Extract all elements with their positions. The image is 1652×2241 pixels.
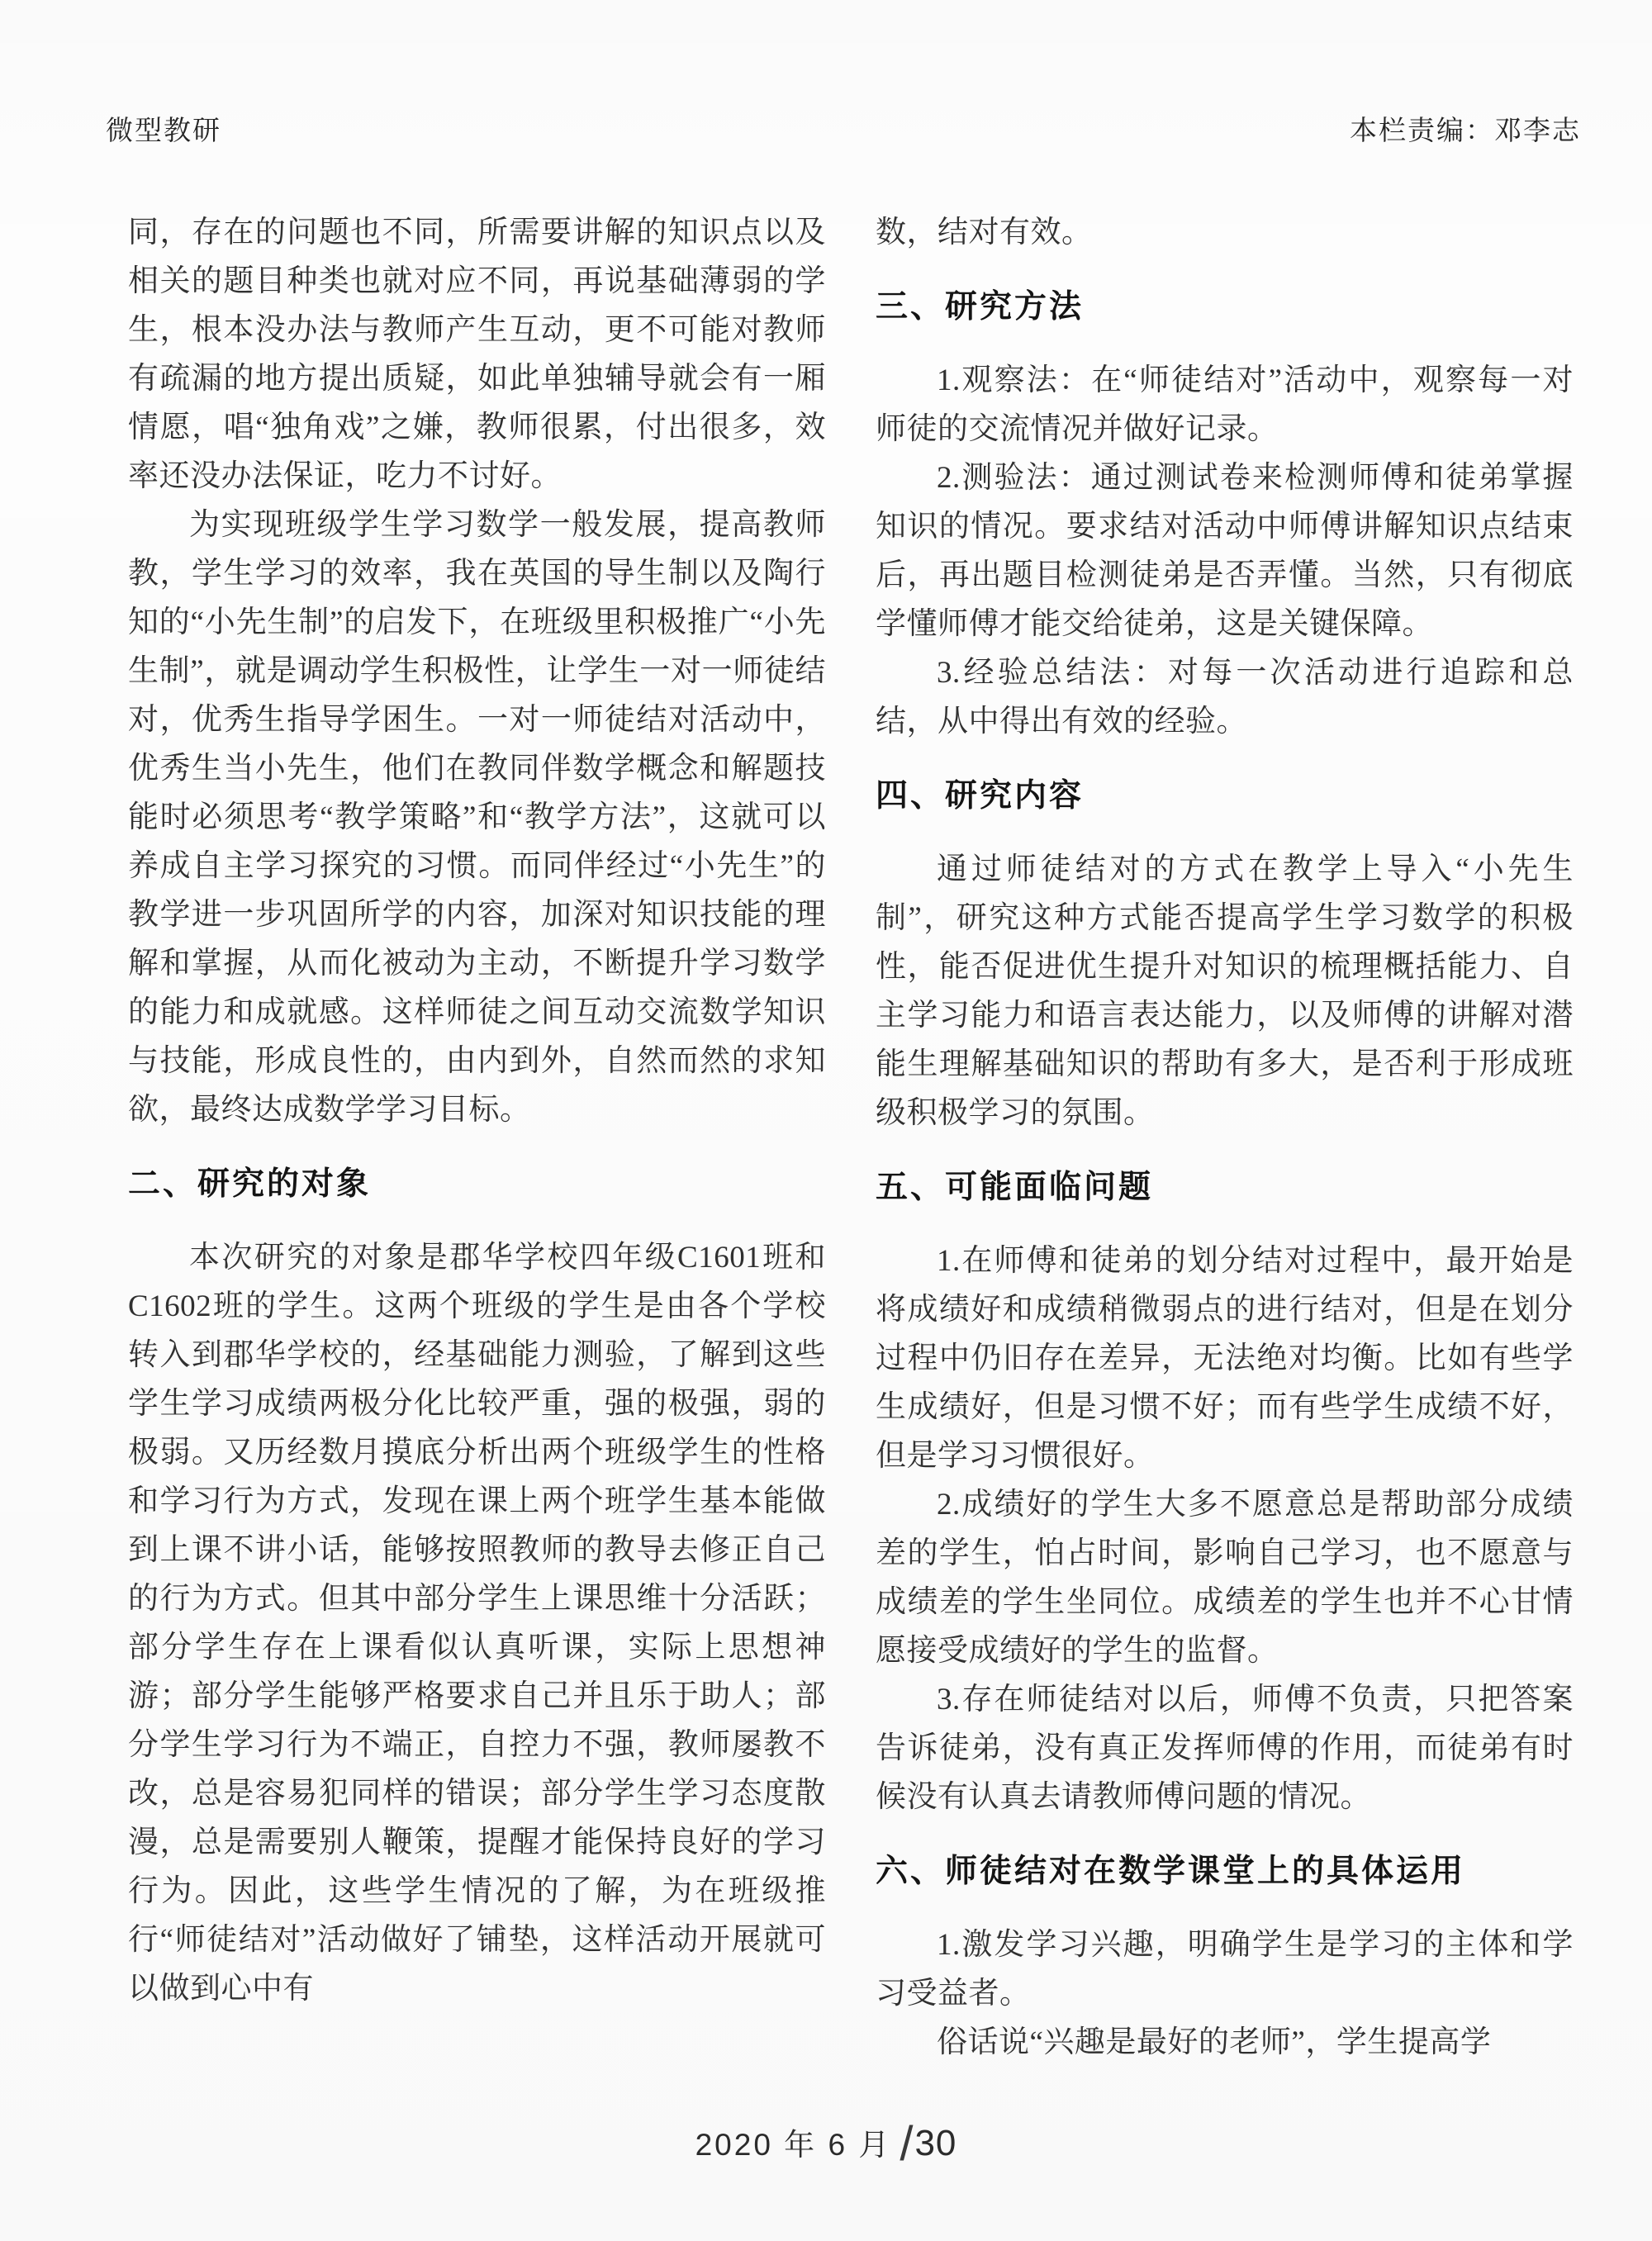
body-paragraph: 1.在师傅和徒弟的划分结对过程中，最开始是将成绩好和成绩稍微弱点的进行结对，但是… xyxy=(876,1237,1574,1480)
body-paragraph: 通过师徒结对的方式在教学上导入“小先生制”，研究这种方式能否提高学生学习数学的积… xyxy=(876,845,1574,1137)
section-heading: 四、研究内容 xyxy=(876,779,1574,814)
left-column: 同，存在的问题也不同，所需要讲解的知识点以及相关的题目种类也就对应不同，再说基础… xyxy=(128,208,826,2067)
journal-section-label: 微型教研 xyxy=(106,109,221,148)
body-paragraph: 1.观察法：在“师徒结对”活动中，观察每一对师徒的交流情况并做好记录。 xyxy=(876,356,1574,453)
footer-page-number: 30 xyxy=(914,2123,957,2163)
body-paragraph: 同，存在的问题也不同，所需要讲解的知识点以及相关的题目种类也就对应不同，再说基础… xyxy=(128,208,826,501)
section-heading: 二、研究的对象 xyxy=(128,1167,826,1202)
body-paragraph: 2.测验法：通过测试卷来检测师傅和徒弟掌握知识的情况。要求结对活动中师傅讲解知识… xyxy=(876,453,1574,648)
body-paragraph: 俗话说“兴趣是最好的老师”，学生提高学 xyxy=(876,2018,1574,2067)
body-paragraph: 3.经验总结法：对每一次活动进行追踪和总结，从中得出有效的经验。 xyxy=(876,648,1574,746)
column-editor-label: 本栏责编：邓李志 xyxy=(1350,109,1581,148)
body-paragraph: 1.激发学习兴趣，明确学生是学习的主体和学习受益者。 xyxy=(876,1921,1574,2018)
body-paragraph: 数，结对有效。 xyxy=(876,208,1574,257)
section-heading: 三、研究方法 xyxy=(876,290,1574,325)
body-paragraph: 3.存在师徒结对以后，师傅不负责，只把答案告诉徒弟，没有真正发挥师傅的作用，而徒… xyxy=(876,1675,1574,1821)
body-paragraph: 2.成绩好的学生大多不愿意总是帮助部分成绩差的学生，怕占时间，影响自己学习，也不… xyxy=(876,1480,1574,1675)
page-footer: 2020 年 6 月/30 xyxy=(0,2116,1652,2172)
footer-separator: / xyxy=(891,2117,914,2171)
article-body: 同，存在的问题也不同，所需要讲解的知识点以及相关的题目种类也就对应不同，再说基础… xyxy=(128,208,1574,2067)
section-heading: 五、可能面临问题 xyxy=(876,1170,1574,1205)
right-column: 数，结对有效。三、研究方法1.观察法：在“师徒结对”活动中，观察每一对师徒的交流… xyxy=(876,208,1574,2067)
page-header: 微型教研 本栏责编：邓李志 xyxy=(106,109,1581,148)
body-paragraph: 本次研究的对象是郡华学校四年级C1601班和C1602班的学生。这两个班级的学生… xyxy=(128,1233,826,2013)
footer-issue-date: 2020 年 6 月 xyxy=(695,2128,892,2162)
journal-page: 微型教研 本栏责编：邓李志 同，存在的问题也不同，所需要讲解的知识点以及相关的题… xyxy=(0,0,1652,2241)
body-paragraph: 为实现班级学生学习数学一般发展，提高教师教，学生学习的效率，我在英国的导生制以及… xyxy=(128,501,826,1134)
section-heading: 六、师徒结对在数学课堂上的具体运用 xyxy=(876,1854,1574,1889)
